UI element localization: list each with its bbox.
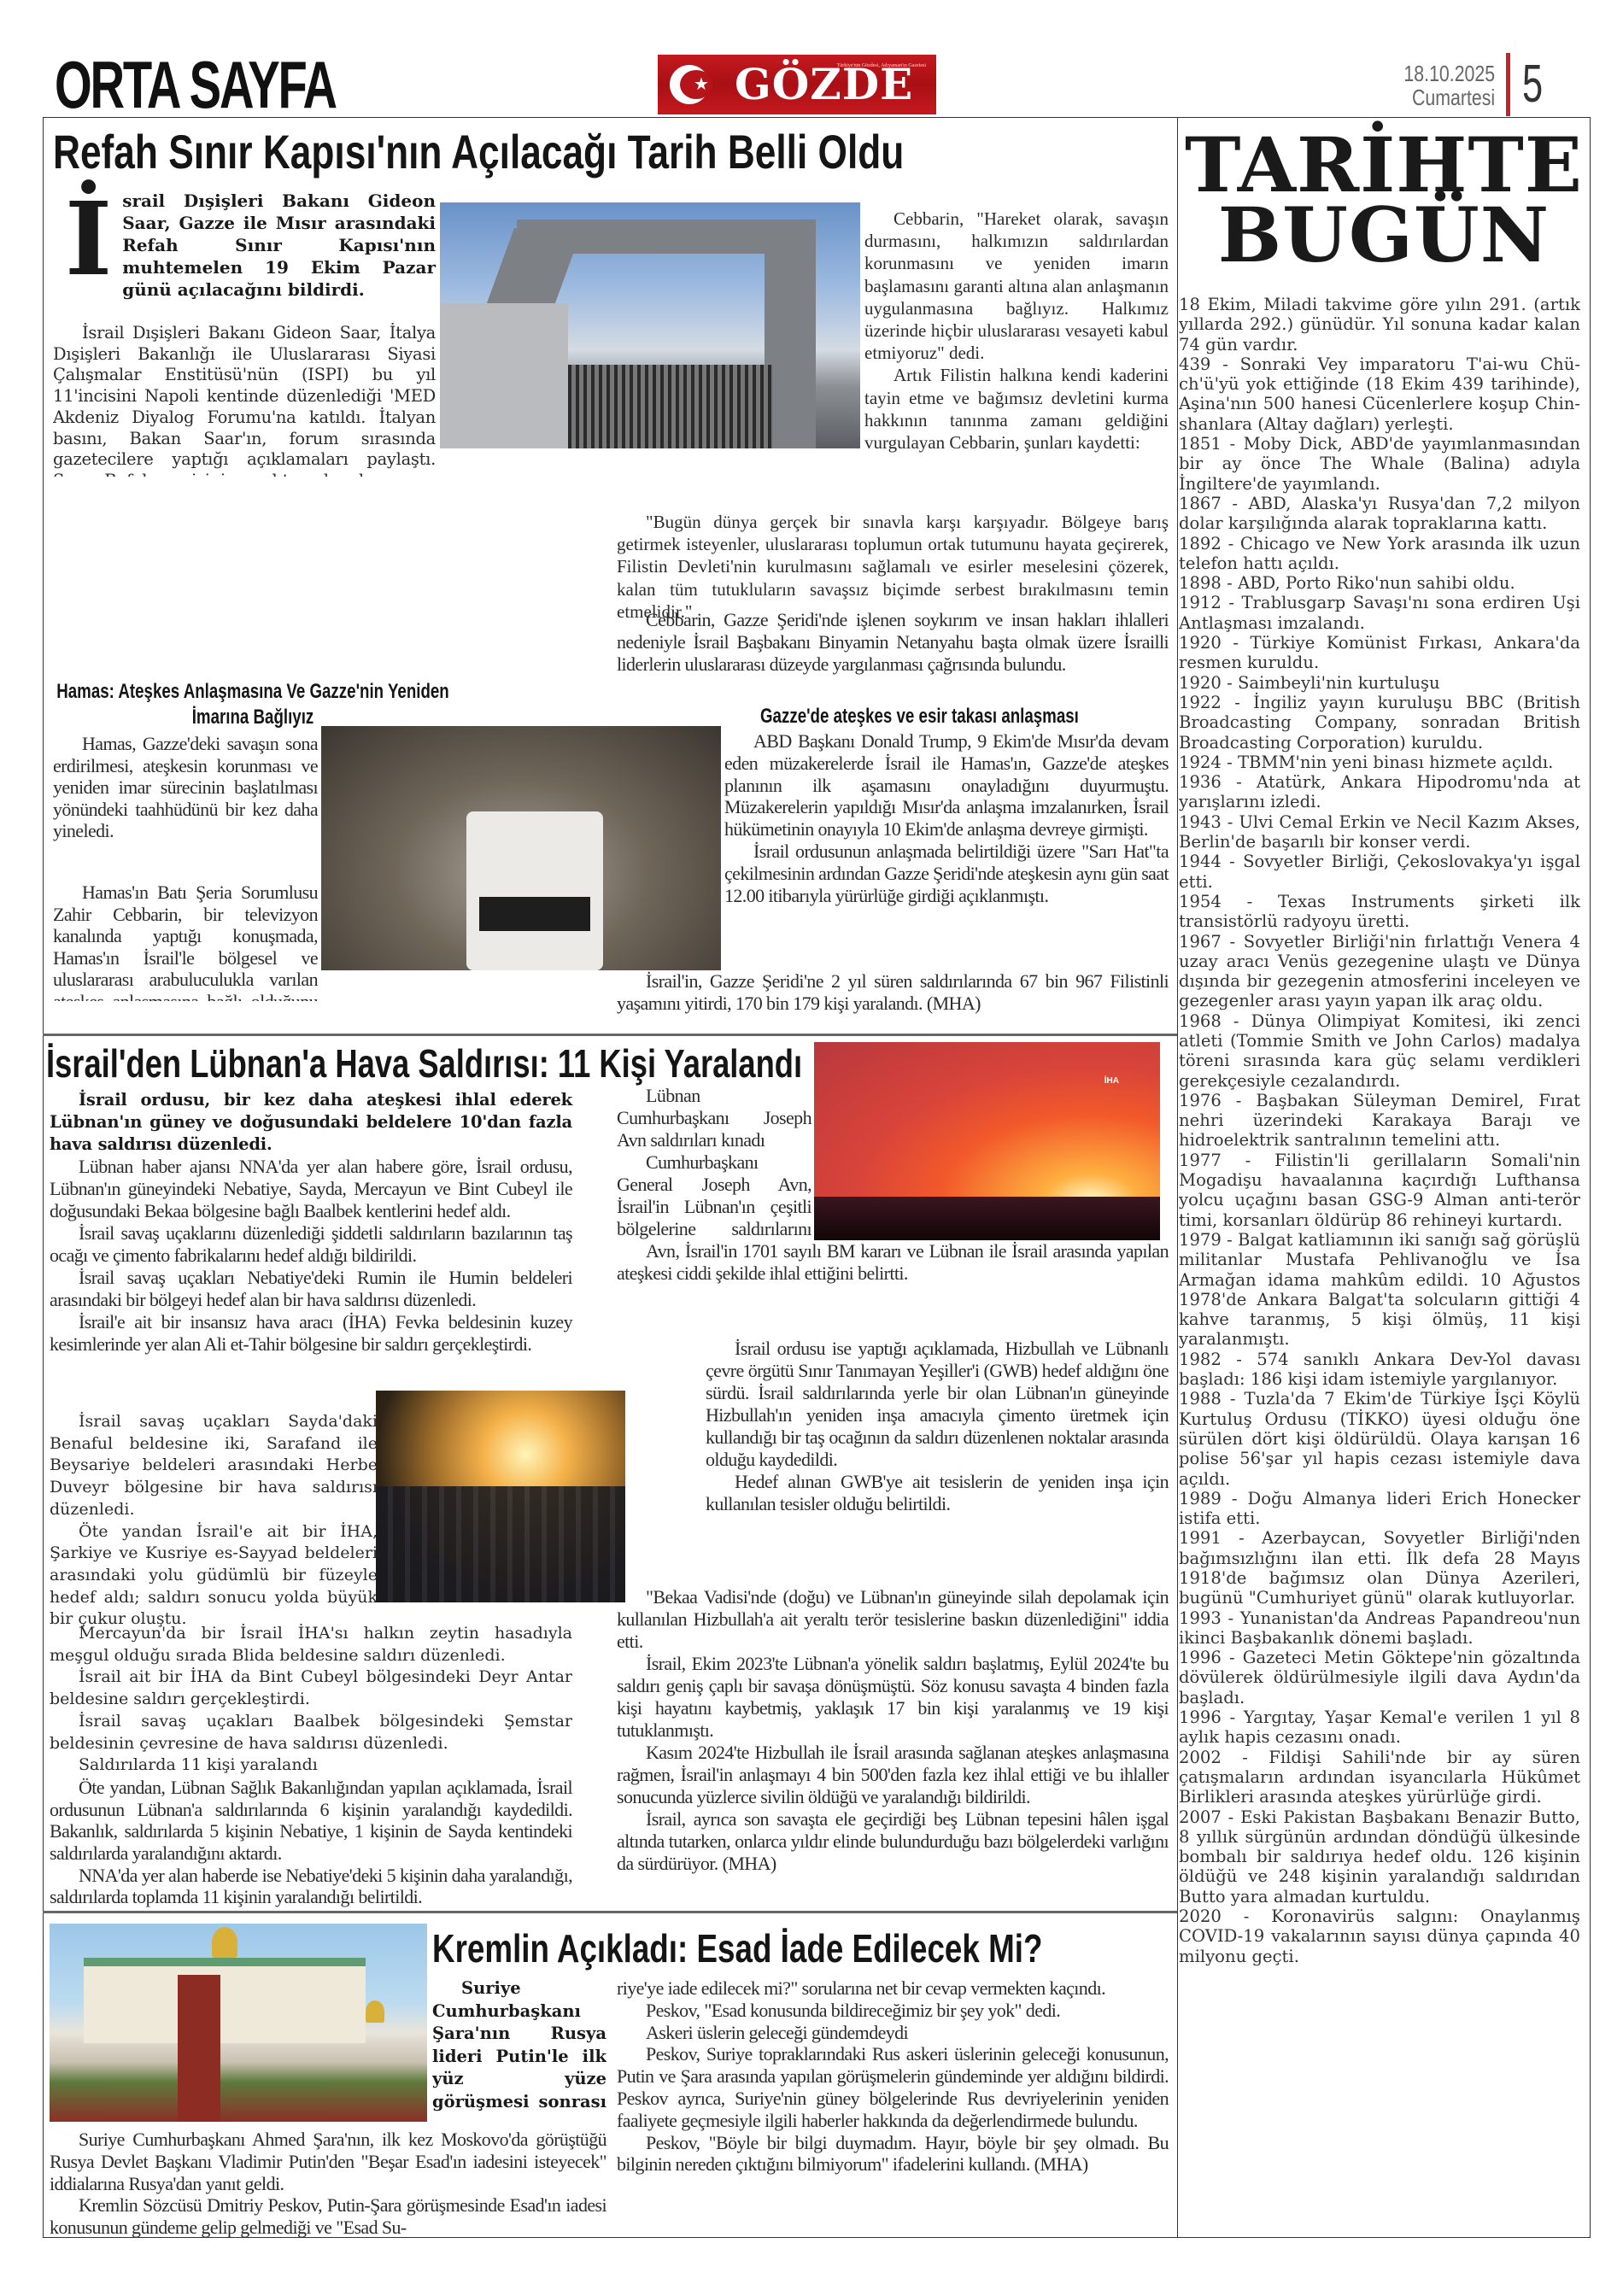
lebanon-paragraph: İsrail ait bir İHA da Bint Cubeyl bölges…	[50, 1666, 572, 1710]
lebanon-paragraph: İsrail'e ait bir insansız hava aracı (İH…	[50, 1311, 572, 1356]
lebanon-paragraph: İsrail savaş uçakları Nebatiye'deki Rumi…	[50, 1267, 572, 1311]
section-divider	[43, 1911, 1177, 1913]
photo-explosion: İHA	[814, 1042, 1160, 1240]
history-entry: 1967 - Sovyetler Birliği'nin fırlattığı …	[1179, 932, 1580, 1011]
hamas-subhead: Hamas: Ateşkes Anlaşmasına Ve Gazze'nin …	[53, 679, 453, 730]
history-entry: 2007 - Eski Pakistan Başbakanı Benazir B…	[1179, 1807, 1580, 1906]
vehicle	[466, 811, 603, 970]
lebanon-paragraph: Mercayun'da bir İsrail İHA'sı halkın zey…	[50, 1623, 572, 1666]
lebanon-right-lower: "Bekaa Vadisi'nde (doğu) ve Lübnan'ın gü…	[617, 1586, 1169, 1875]
lebanon-right-indented: İsrail ordusu ise yaptığı açıklamada, Hi…	[706, 1338, 1169, 1515]
refah-paragraph: İsrail Dışişleri Bakanı Gideon Saar, İta…	[53, 323, 436, 477]
history-entry: 1996 - Yargıtay, Yaşar Kemal'e verilen 1…	[1179, 1707, 1580, 1748]
photo-hamas-convoy	[321, 726, 721, 970]
section-divider	[43, 1034, 1177, 1036]
history-entry: 1943 - Ulvi Cemal Erkin ve Necil Kazım A…	[1179, 812, 1580, 852]
lebanon-paragraph: İsrail ordusu ise yaptığı açıklamada, Hi…	[706, 1338, 1169, 1471]
lebanon-lead: İsrail ordusu, bir kez daha ateşkesi ihl…	[50, 1089, 572, 1156]
gate-top-beam	[517, 220, 816, 254]
ceasefire-subhead: Gazze'de ateşkes ve esir takası anlaşmas…	[760, 705, 1079, 729]
lebanon-left-narrow: İsrail savaş uçakları Sayda'daki Benaful…	[50, 1411, 378, 1631]
history-entry: 1944 - Sovyetler Birliği, Çekoslovakya'y…	[1179, 852, 1580, 892]
star-icon: ★	[694, 73, 709, 94]
kremlin-lead-narrow: Suriye Cumhurbaşkanı Şara'nın Rusya lide…	[432, 1977, 606, 2111]
weekday: Cumartesi	[1403, 85, 1495, 109]
photo-night-strike	[376, 1391, 625, 1602]
lebanon-paragraph: NNA'da yer alan haberde ise Nebatiye'dek…	[50, 1865, 572, 1908]
dropcap: İ	[65, 198, 112, 280]
hamas-paragraph: Hamas, Gazze'deki savaşın sona erdirilme…	[53, 733, 318, 842]
kremlin-left-column: Suriye Cumhurbaşkanı Ahmed Şara'nın, ilk…	[50, 2129, 606, 2239]
lebanon-paragraph: İsrail, Ekim 2023'te Lübnan'a yönelik sa…	[617, 1653, 1169, 1742]
history-entry: 1988 - Tuzla'da 7 Ekim'de Türkiye İşçi K…	[1179, 1389, 1580, 1488]
vehicle-grill	[479, 897, 590, 931]
lebanon-paragraph: Kasım 2024'te Hizbullah ile İsrail arası…	[617, 1742, 1169, 1808]
golden-dome	[212, 1927, 237, 1958]
history-entry: 1989 - Doğu Almanya lideri Erich Honecke…	[1179, 1489, 1580, 1529]
gate-fence	[568, 365, 773, 448]
lebanon-paragraph: İsrail, ayrıca son savaşta ele geçirdiği…	[617, 1808, 1169, 1875]
history-entry: 1993 - Yunanistan'da Andreas Papandreou'…	[1179, 1608, 1580, 1649]
ceasefire-column: ABD Başkanı Donald Trump, 9 Ekim'de Mısı…	[724, 730, 1169, 906]
history-entry: 1991 - Azerbaycan, Sovyetler Birliği'nde…	[1179, 1528, 1580, 1608]
history-entry: 1867 - ABD, Alaska'yı Rusya'dan 7,2 mily…	[1179, 494, 1580, 534]
lebanon-right-narrow: Lübnan Cumhurbaşkanı Joseph Avn saldırıl…	[617, 1085, 811, 1151]
lebanon-paragraph: Avn, İsrail'in 1701 sayılı BM kararı ve …	[617, 1240, 1169, 1285]
gate-wall	[440, 303, 568, 448]
issue-date: 18.10.2025 Cumartesi	[1403, 61, 1495, 109]
lebanon-paragraph: İsrail savaş uçakları Sayda'daki Benaful…	[50, 1411, 378, 1521]
refah-paragraph: Cebbarin, Gazze Şeridi'nde işlenen soykı…	[617, 609, 1169, 675]
ceasefire-paragraph: ABD Başkanı Donald Trump, 9 Ekim'de Mısı…	[724, 730, 1169, 840]
refah-paragraph: Cebbarin, "Hareket olarak, savaşın durma…	[864, 208, 1169, 364]
ceasefire-paragraph: İsrail'in, Gazze Şeridi'ne 2 yıl süren s…	[617, 970, 1169, 1015]
lebanon-paragraph: Hedef alınan GWB'ye ait tesislerin de ye…	[706, 1471, 1169, 1515]
lebanon-subsection: Lübnan Cumhurbaşkanı Joseph Avn saldırıl…	[617, 1085, 811, 1151]
section-label: ORTA SAYFA	[55, 51, 336, 118]
tarihte-bugun-title: TARİHTE BUGÜN	[1179, 130, 1589, 270]
lebanon-paragraph: Öte yandan İsrail'e ait bir İHA, Şarkiye…	[50, 1521, 378, 1631]
photo-watermark: İHA	[1104, 1076, 1119, 1086]
refah-middle-column: Cebbarin, "Hareket olarak, savaşın durma…	[864, 208, 1169, 454]
history-entry: 1954 - Texas Instruments şirketi ilk tra…	[1179, 892, 1580, 932]
title-line-2: BUGÜN	[1179, 200, 1589, 270]
title-line-1: TARİHTE	[1179, 130, 1589, 200]
history-entry: 1892 - Chicago ve New York arasında ilk …	[1179, 534, 1580, 574]
refah-paragraph: "Bugün dünya gerçek bir sınavla karşı ka…	[617, 511, 1169, 623]
history-entry: 1920 - Saimbeyli'nin kurtuluşu	[1179, 673, 1580, 693]
hamas-left-column: Hamas, Gazze'deki savaşın sona erdirilme…	[53, 733, 318, 842]
golden-dome	[366, 2000, 384, 2023]
kremlin-subsection: Askeri üslerin geleceği gündemdeydi	[617, 2022, 1169, 2044]
refah-left-column: İ srail Dışişleri Bakanı Gideon Saar, Ga…	[53, 190, 436, 301]
kremlin-tower	[178, 1975, 220, 2122]
ceasefire-closing: İsrail'in, Gazze Şeridi'ne 2 yıl süren s…	[617, 970, 1169, 1015]
lebanon-right-narrow-2: Cumhurbaşkanı General Joseph Avn, İsrail…	[617, 1151, 811, 1240]
ground-silhouette	[814, 1197, 1160, 1240]
ceasefire-paragraph: İsrail ordusunun anlaşmada belirtildiği …	[724, 840, 1169, 906]
history-entry: 1920 - Türkiye Komünist Fırkası, Ankara'…	[1179, 633, 1580, 673]
history-entry: 1968 - Dünya Olimpiyat Komitesi, iki zen…	[1179, 1011, 1580, 1091]
lebanon-paragraph: Cumhurbaşkanı General Joseph Avn, İsrail…	[617, 1151, 811, 1240]
logo-name: GÖZDE	[735, 63, 913, 106]
date: 18.10.2025	[1403, 61, 1495, 85]
history-entry: 1976 - Başbakan Süleyman Demirel, Fırat …	[1179, 1091, 1580, 1151]
kremlin-paragraph: Suriye Cumhurbaşkanı Ahmed Şara'nın, ilk…	[50, 2129, 606, 2194]
history-entry: 1982 - 574 sanıklı Ankara Dev-Yol davası…	[1179, 1350, 1580, 1390]
page-number-divider	[1506, 53, 1510, 116]
history-entry: 439 - Sonraki Vey imparatoru T'ai-wu Chü…	[1179, 354, 1580, 434]
history-entry: 2020 - Koronavirüs salgını: Onaylanmış C…	[1179, 1906, 1580, 1966]
lebanon-right-wide: Avn, İsrail'in 1701 sayılı BM kararı ve …	[617, 1240, 1169, 1285]
lebanon-subsection: Saldırılarda 11 kişi yaralandı	[50, 1754, 572, 1777]
history-entry: 1996 - Gazeteci Metin Göktepe'nin gözalt…	[1179, 1648, 1580, 1707]
lebanon-paragraph: İsrail savaş uçaklarını düzenlediği şidd…	[50, 1222, 572, 1267]
kremlin-paragraph: Peskov, "Esad konusunda bildireceğimiz b…	[617, 2000, 1169, 2022]
refah-left-body-narrow: İsrail Dışişleri Bakanı Gideon Saar, İta…	[53, 323, 436, 477]
lebanon-paragraph: Lübnan haber ajansı NNA'da yer alan habe…	[50, 1156, 572, 1222]
lebanon-paragraph: Öte yandan, Lübnan Sağlık Bakanlığından …	[50, 1777, 572, 1865]
kremlin-paragraph: Peskov, "Böyle bir bilgi duymadım. Hayır…	[617, 2132, 1169, 2176]
history-entry: 1977 - Filistin'li gerillaların Somali'n…	[1179, 1151, 1580, 1230]
kremlin-headline: Kremlin Açıkladı: Esad İade Edilecek Mi?	[432, 1929, 1042, 1968]
lebanon-headline: İsrail'den Lübnan'a Hava Saldırısı: 11 K…	[46, 1044, 802, 1083]
history-entry: 1936 - Atatürk, Ankara Hipodromu'nda at …	[1179, 772, 1580, 812]
logo-tagline: Türkiye'nin Gözdesi, Adıyaman'ın Gazetes…	[837, 63, 926, 68]
city-silhouette	[376, 1486, 625, 1602]
hamas-left-column-2: Hamas'ın Batı Şeria Sorumlusu Zahir Cebb…	[53, 881, 318, 1001]
refah-middle-wide: "Bugün dünya gerçek bir sınavla karşı ka…	[617, 511, 1169, 623]
refah-headline: Refah Sınır Kapısı'nın Açılacağı Tarih B…	[53, 128, 904, 176]
lebanon-paragraph: İsrail savaş uçakları Baalbek bölgesinde…	[50, 1711, 572, 1754]
history-entry: 2002 - Fildişi Sahili'nde bir ay süren ç…	[1179, 1748, 1580, 1807]
hamas-paragraph: Hamas'ın Batı Şeria Sorumlusu Zahir Cebb…	[53, 881, 318, 1001]
tarihte-bugun-list: 18 Ekim, Miladi takvime göre yılın 291. …	[1179, 295, 1580, 1966]
refah-paragraph: Artık Filistin halkına kendi kaderini ta…	[864, 364, 1169, 454]
grand-palace	[84, 1958, 366, 2043]
history-entry: 1922 - İngiliz yayın kuruluşu BBC (Briti…	[1179, 693, 1580, 753]
lebanon-paragraph: "Bekaa Vadisi'nde (doğu) ve Lübnan'ın gü…	[617, 1586, 1169, 1653]
kremlin-paragraph: riye'ye iade edilecek mi?" sorularına ne…	[617, 1977, 1169, 2000]
photo-kremlin	[50, 1924, 427, 2122]
page-number: 5	[1522, 58, 1543, 111]
photo-rafah-gate	[440, 202, 860, 448]
lebanon-left-lower: Mercayun'da bir İsrail İHA'sı halkın zey…	[50, 1623, 572, 1908]
refah-middle-cond: Cebbarin, Gazze Şeridi'nde işlenen soykı…	[617, 609, 1169, 675]
history-entry: 18 Ekim, Miladi takvime göre yılın 291. …	[1179, 295, 1580, 354]
history-entry: 1979 - Balgat katliamının iki sanığı sağ…	[1179, 1230, 1580, 1350]
newspaper-logo[interactable]: ★ GÖZDE Türkiye'nin Gözdesi, Adıyaman'ın…	[658, 55, 936, 114]
history-entry: 1912 - Trablusgarp Savaşı'nı sona erdire…	[1179, 593, 1580, 633]
kremlin-paragraph: Peskov, Suriye topraklarındaki Rus asker…	[617, 2043, 1169, 2131]
kremlin-right-column: riye'ye iade edilecek mi?" sorularına ne…	[617, 1977, 1169, 2176]
history-entry: 1851 - Moby Dick, ABD'de yayımlanmasında…	[1179, 434, 1580, 494]
lebanon-left-column: İsrail ordusu, bir kez daha ateşkesi ihl…	[50, 1089, 572, 1356]
history-entry: 1898 - ABD, Porto Riko'nun sahibi oldu.	[1179, 573, 1580, 593]
kremlin-paragraph: Kremlin Sözcüsü Dmitriy Peskov, Putin-Şa…	[50, 2194, 606, 2239]
kremlin-lead: Suriye Cumhurbaşkanı Şara'nın Rusya lide…	[432, 1977, 606, 2111]
history-entry: 1924 - TBMM'nin yeni binası hizmete açıl…	[1179, 753, 1580, 772]
